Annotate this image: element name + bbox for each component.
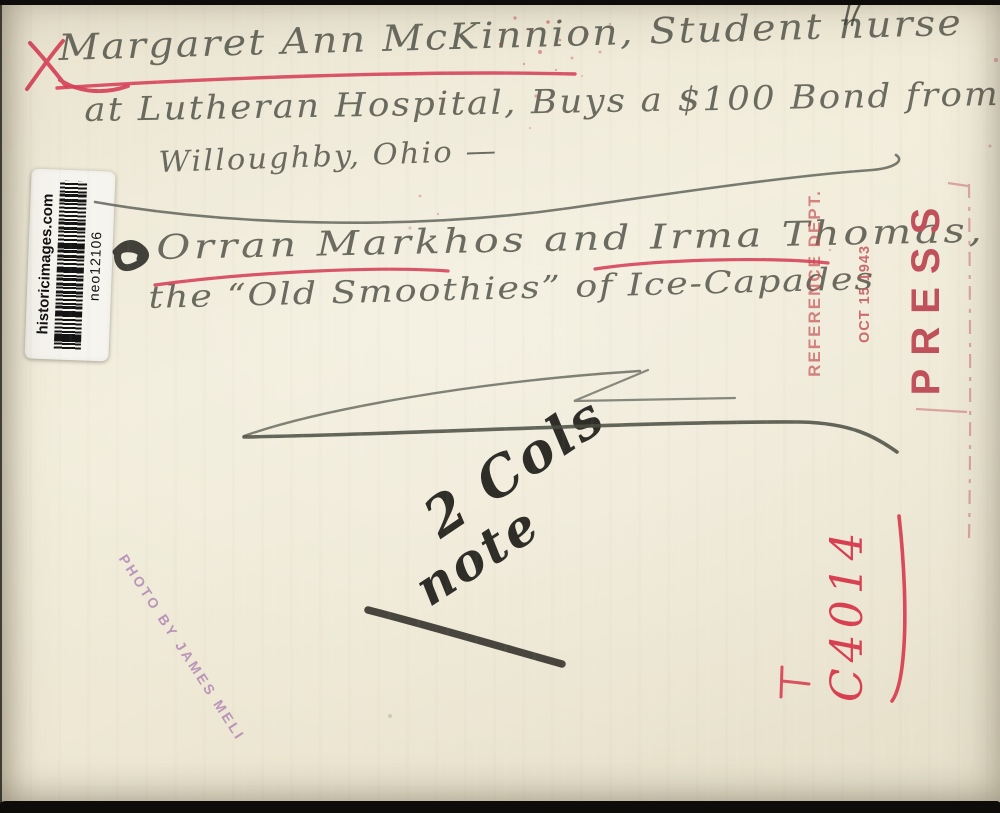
red-filing-line: [892, 516, 905, 701]
caption-line-3: Willoughby, Ohio —: [158, 133, 499, 179]
caption-line-5: the “Old Smoothies” of Ice-Capades: [148, 261, 875, 316]
photo-verso-scan: Margaret Ann McKinnion, Student nurse at…: [0, 0, 1000, 813]
barcode-sticker-content: historicimages.com neo12106: [28, 174, 113, 357]
scan-edge-top: [0, 0, 1000, 5]
pencil-scribble-blob: [116, 243, 146, 267]
caption-line-1: Margaret Ann McKinnion, Student nurse: [58, 3, 964, 69]
scan-edge-bottom: [0, 801, 1000, 813]
photographer-stamp: PHOTO BY JAMES MELI: [114, 551, 246, 740]
scan-edge-left: [0, 0, 2, 813]
caption-line-2: at Lutheran Hospital, Buys a $100 Bond f…: [84, 74, 1000, 129]
sticker-site-text: historicimages.com: [34, 193, 56, 334]
barcode: [54, 181, 87, 350]
filing-code: C4014: [822, 532, 878, 702]
barcode-sticker: historicimages.com neo12106: [24, 168, 115, 361]
press-stamp: PRESS: [904, 190, 956, 400]
red-t-mark: [781, 667, 809, 697]
reference-dept-stamp: REFERENCE DEPT.: [805, 168, 829, 398]
note-underline: [368, 610, 562, 664]
date-stamp: OCT 15 1943: [857, 228, 875, 360]
sticker-code-text: neo12106: [86, 231, 105, 302]
